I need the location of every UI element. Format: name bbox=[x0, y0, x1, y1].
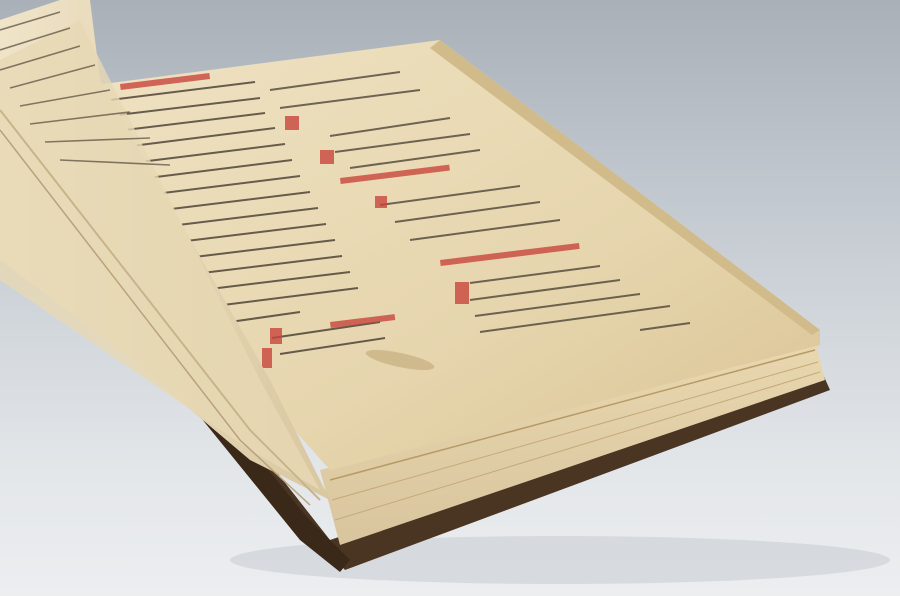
book-illustration bbox=[0, 0, 900, 596]
photo-scene: Old leather-bound book lying open on a l… bbox=[0, 0, 900, 596]
